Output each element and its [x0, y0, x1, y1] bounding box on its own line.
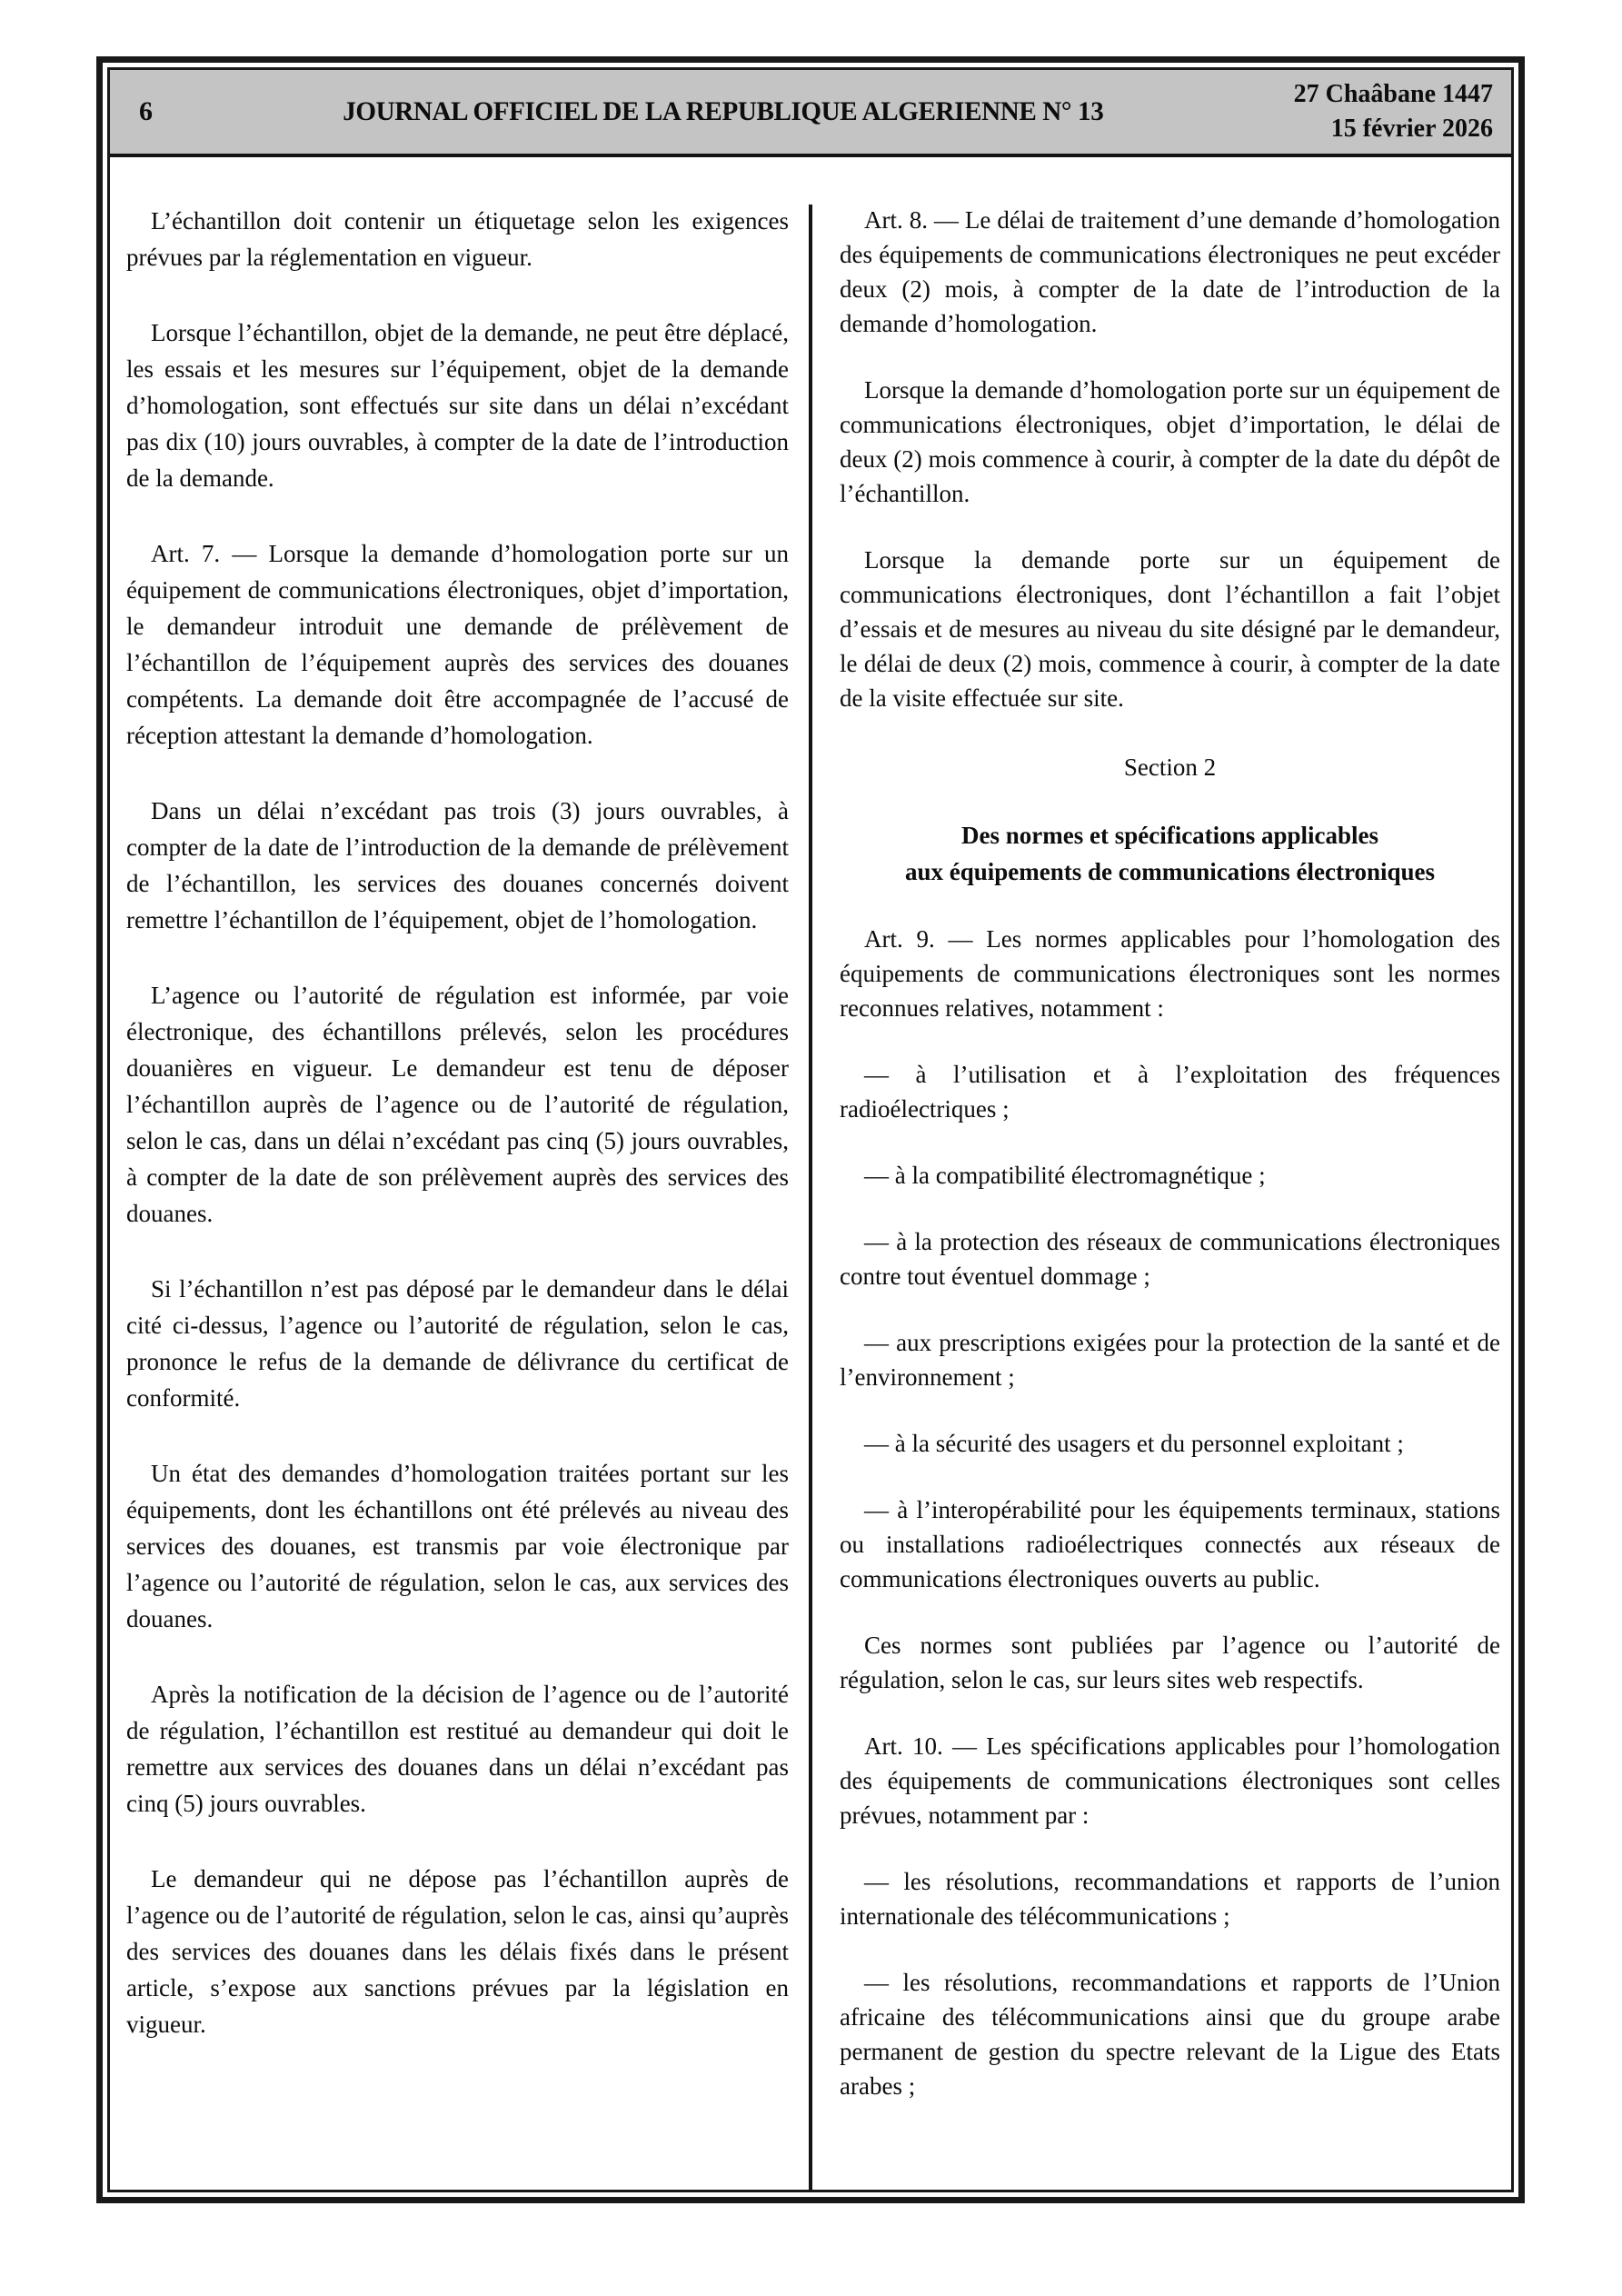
- paragraph: Après la notification de la décision de …: [126, 1676, 789, 1822]
- page-content: L’échantillon doit contenir un étiquetag…: [110, 157, 1511, 2190]
- paragraph: — à la protection des réseaux de communi…: [840, 1224, 1500, 1293]
- paragraph: L’agence ou l’autorité de régulation est…: [126, 977, 789, 1232]
- page-frame-inner: 6 JOURNAL OFFICIEL DE LA REPUBLIQUE ALGE…: [107, 67, 1514, 2192]
- paragraph: Ces normes sont publiées par l’agence ou…: [840, 1628, 1500, 1697]
- date-gregorian: 15 février 2026: [1331, 115, 1493, 143]
- page-header: 6 JOURNAL OFFICIEL DE LA REPUBLIQUE ALGE…: [110, 70, 1511, 157]
- paragraph: Le demandeur qui ne dépose pas l’échanti…: [126, 1861, 789, 2042]
- paragraph: Lorsque la demande d’homologation porte …: [840, 373, 1500, 511]
- paragraph: — les résolutions, recommandations et ra…: [840, 1864, 1500, 1933]
- paragraph: Lorsque l’échantillon, objet de la deman…: [126, 314, 789, 496]
- page-number: 6: [110, 96, 153, 127]
- paragraph: — à la sécurité des usagers et du person…: [840, 1426, 1500, 1461]
- paragraph: Art. 10. — Les spécifications applicable…: [840, 1729, 1500, 1832]
- section-title: Section 2: [840, 750, 1500, 784]
- journal-title: JOURNAL OFFICIEL DE LA REPUBLIQUE ALGERI…: [170, 96, 1277, 127]
- page-frame: 6 JOURNAL OFFICIEL DE LA REPUBLIQUE ALGE…: [96, 56, 1525, 2203]
- paragraph: Un état des demandes d’homologation trai…: [126, 1455, 789, 1637]
- paragraph: — à l’interopérabilité pour les équipeme…: [840, 1492, 1500, 1596]
- paragraph: Lorsque la demande porte sur un équipeme…: [840, 543, 1500, 715]
- paragraph: Dans un délai n’excédant pas trois (3) j…: [126, 793, 789, 938]
- paragraph: — à l’utilisation et à l’exploitation de…: [840, 1057, 1500, 1126]
- journal-page: { "header": { "page_number": "6", "title…: [0, 0, 1622, 2296]
- paragraph: Si l’échantillon n’est pas déposé par le…: [126, 1271, 789, 1416]
- left-column: L’échantillon doit contenir un étiquetag…: [110, 157, 809, 2190]
- paragraph: Art. 9. — Les normes applicables pour l’…: [840, 922, 1500, 1025]
- right-column: Art. 8. — Le délai de traitement d’une d…: [812, 157, 1511, 2190]
- date-hijri: 27 Chaâbane 1447: [1294, 80, 1493, 108]
- paragraph: — à la compatibilité électromagnétique ;: [840, 1158, 1500, 1193]
- header-dates: 27 Chaâbane 1447 15 février 2026: [1294, 77, 1511, 146]
- paragraph: Art. 8. — Le délai de traitement d’une d…: [840, 203, 1500, 341]
- paragraph: — les résolutions, recommandations et ra…: [840, 1965, 1500, 2103]
- paragraph: Art. 7. — Lorsque la demande d’homologat…: [126, 535, 789, 754]
- paragraph: L’échantillon doit contenir un étiquetag…: [126, 203, 789, 275]
- section-subtitle: Des normes et spécifications applicables…: [840, 817, 1500, 890]
- paragraph: — aux prescriptions exigées pour la prot…: [840, 1325, 1500, 1394]
